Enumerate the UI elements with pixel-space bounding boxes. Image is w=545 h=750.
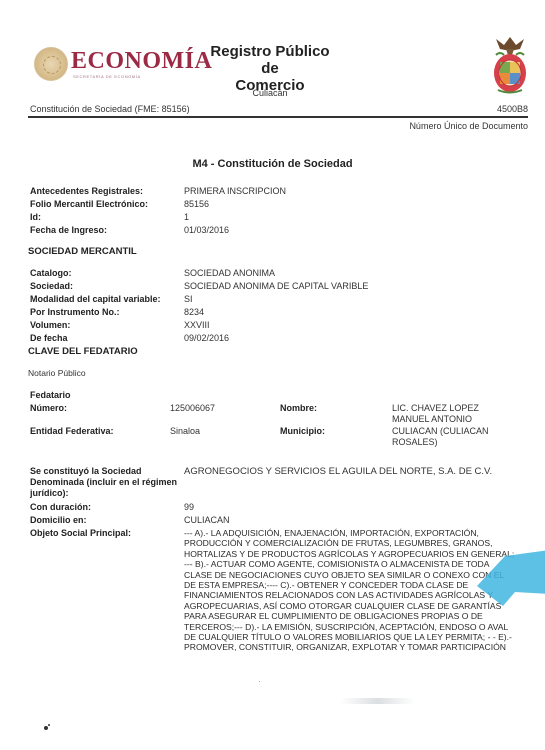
document-number: 4500B8: [497, 104, 528, 114]
numero-label: Número:: [30, 403, 67, 414]
denominada-label-line-3: jurídico):: [30, 488, 177, 499]
nombre-line-2: MANUEL ANTONIO: [392, 414, 479, 425]
folio-label: Folio Mercantil Electrónico:: [30, 199, 148, 210]
id-label: Id:: [30, 212, 41, 223]
sociedad-label: Sociedad:: [30, 281, 73, 292]
header-divider: [28, 116, 528, 118]
entidad-label: Entidad Federativa:: [30, 426, 114, 437]
numero-value: 125006067: [170, 403, 215, 414]
catalogo-label: Catalogo:: [30, 268, 72, 279]
antecedentes-label: Antecedentes Registrales:: [30, 186, 143, 197]
nombre-value: LIC. CHAVEZ LOPEZ MANUEL ANTONIO: [392, 403, 479, 425]
volumen-value: XXVIII: [184, 320, 210, 331]
scan-smudge: [340, 698, 415, 704]
objeto-label: Objeto Social Principal:: [30, 528, 131, 539]
antecedentes-value: PRIMERA INSCRIPCION: [184, 186, 286, 197]
domicilio-label: Domicilio en:: [30, 515, 87, 526]
sociedad-value: SOCIEDAD ANONIMA DE CAPITAL VARIBLE: [184, 281, 368, 292]
title-line-1: Registro Público de: [200, 43, 340, 77]
duracion-value: 99: [184, 502, 194, 513]
municipio-label: Municipio:: [280, 426, 325, 437]
city-label: Culiacán: [200, 88, 340, 98]
section-title: M4 - Constitución de Sociedad: [0, 158, 545, 170]
fecha-ingreso-value: 01/03/2016: [184, 225, 229, 236]
objeto-line: PARA ASEGURAR EL CUMPLIMIENTO DE OBLIGAC…: [184, 611, 529, 621]
modalidad-value: SI: [184, 294, 193, 305]
volumen-label: Volumen:: [30, 320, 70, 331]
municipio-line-2: ROSALES): [392, 437, 489, 448]
scan-speck: [48, 724, 50, 726]
domicilio-value: CULIACAN: [184, 515, 230, 526]
instrumento-label: Por Instrumento No.:: [30, 307, 120, 318]
objeto-line: --- A).- LA ADQUISICIÓN, ENAJENACIÓN, IM…: [184, 528, 529, 538]
id-value: 1: [184, 212, 189, 223]
entidad-value: Sinaloa: [170, 426, 200, 437]
de-fecha-value: 09/02/2016: [184, 333, 229, 344]
document-title: Registro Público de Comercio: [200, 43, 340, 94]
nombre-line-1: LIC. CHAVEZ LOPEZ: [392, 403, 479, 414]
municipio-value: CULIACAN (CULIACAN ROSALES): [392, 426, 489, 448]
folio-value: 85156: [184, 199, 209, 210]
instrumento-value: 8234: [184, 307, 204, 318]
de-fecha-label: De fecha: [30, 333, 68, 344]
document-number-label: Número Único de Documento: [409, 121, 528, 131]
sinaloa-coat-of-arms-icon: [490, 33, 530, 95]
denominada-label-line-2: Denominada (incluir en el régimen: [30, 477, 177, 488]
blue-marker-highlight: [475, 548, 545, 608]
scan-speck: [259, 681, 260, 682]
denominada-label: Se constituyó la Sociedad Denominada (in…: [30, 466, 177, 499]
document-type: Constitución de Sociedad (FME: 85156): [30, 104, 190, 114]
denominada-value: AGRONEGOCIOS Y SERVICIOS EL AGUILA DEL N…: [184, 466, 492, 477]
objeto-line: PROMOVER, CONSTITUIR, ORGANIZAR, EXPLOTA…: [184, 642, 529, 652]
objeto-line: TERCEROS;--- D).- LA EMISIÓN, SUSCRIPCIÓ…: [184, 622, 529, 632]
fecha-ingreso-label: Fecha de Ingreso:: [30, 225, 107, 236]
municipio-line-1: CULIACAN (CULIACAN: [392, 426, 489, 437]
modalidad-label: Modalidad del capital variable:: [30, 294, 161, 305]
economia-wordmark: ECONOMÍA: [71, 48, 212, 75]
objeto-line: DE CUALQUIER TÍTULO O VALORES MOBILIARIO…: [184, 632, 529, 642]
mexican-seal-icon: [34, 47, 68, 81]
notario-publico-label: Notario Público: [28, 368, 86, 379]
economia-logo: ECONOMÍA SECRETARÍA DE ECONOMÍA: [34, 45, 194, 85]
fedatario-subheading: Fedatario: [30, 390, 71, 401]
scan-speck: [44, 726, 48, 730]
duracion-label: Con duración:: [30, 502, 91, 513]
denominada-label-line-1: Se constituyó la Sociedad: [30, 466, 177, 477]
catalogo-value: SOCIEDAD ANONIMA: [184, 268, 275, 279]
nombre-label: Nombre:: [280, 403, 317, 414]
sociedad-mercantil-heading: SOCIEDAD MERCANTIL: [28, 246, 137, 257]
economia-subtitle: SECRETARÍA DE ECONOMÍA: [73, 74, 141, 79]
clave-fedatario-heading: CLAVE DEL FEDATARIO: [28, 346, 138, 357]
